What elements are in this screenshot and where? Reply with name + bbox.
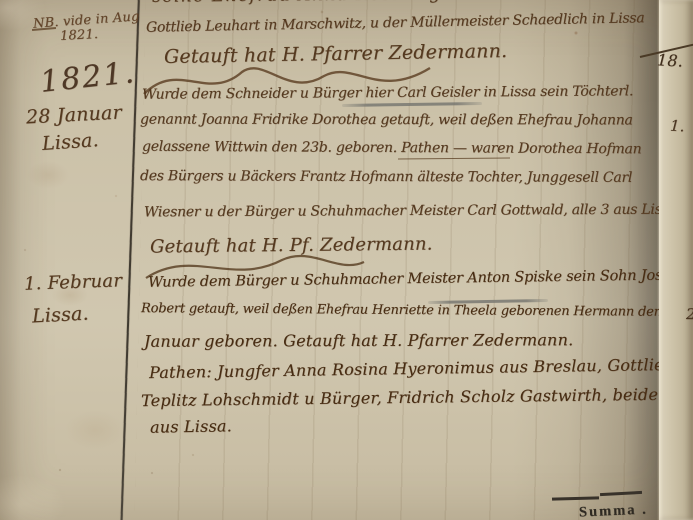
- adjacent-page-edge: [659, 0, 693, 520]
- manuscript-line: aus Lissa.: [150, 416, 232, 436]
- register-photo: NB. vide in Aug 1821. 1821. 28 Januar Li…: [0, 0, 693, 520]
- margin-entry1-date: 28 Januar: [25, 102, 122, 129]
- adjacent-page-folio-number: 18.: [657, 50, 684, 70]
- margin-year-heading: 1821.: [38, 55, 137, 100]
- manuscript-line: gelassene Wittwin den 23b. geboren. Path…: [142, 139, 641, 158]
- manuscript-line: des Bürgers u Bäckers Frantz Hofmann ält…: [140, 168, 632, 186]
- manuscript-line: Wiesner u der Bürger u Schuhmacher Meist…: [144, 202, 677, 221]
- adjacent-page-partial-number: 2: [686, 305, 693, 323]
- margin-entry2-date: 1. Februar: [24, 270, 123, 294]
- margin-entry2-place: Lissa.: [31, 303, 89, 328]
- manuscript-line: genannt Joanna Fridrike Dorothea getauft…: [140, 112, 633, 129]
- adjacent-page-entry-number: 1.: [670, 117, 686, 136]
- manuscript-line: Januar geboren. Getauft hat H. Pfarrer Z…: [144, 330, 573, 350]
- margin-note-nb-year: 1821.: [60, 27, 99, 44]
- manuscript-line: Wurde dem Schneider u Bürger hier Carl G…: [142, 83, 633, 102]
- margin-entry1-place: Lissa.: [41, 129, 99, 155]
- summa-label: Summa .: [579, 502, 648, 520]
